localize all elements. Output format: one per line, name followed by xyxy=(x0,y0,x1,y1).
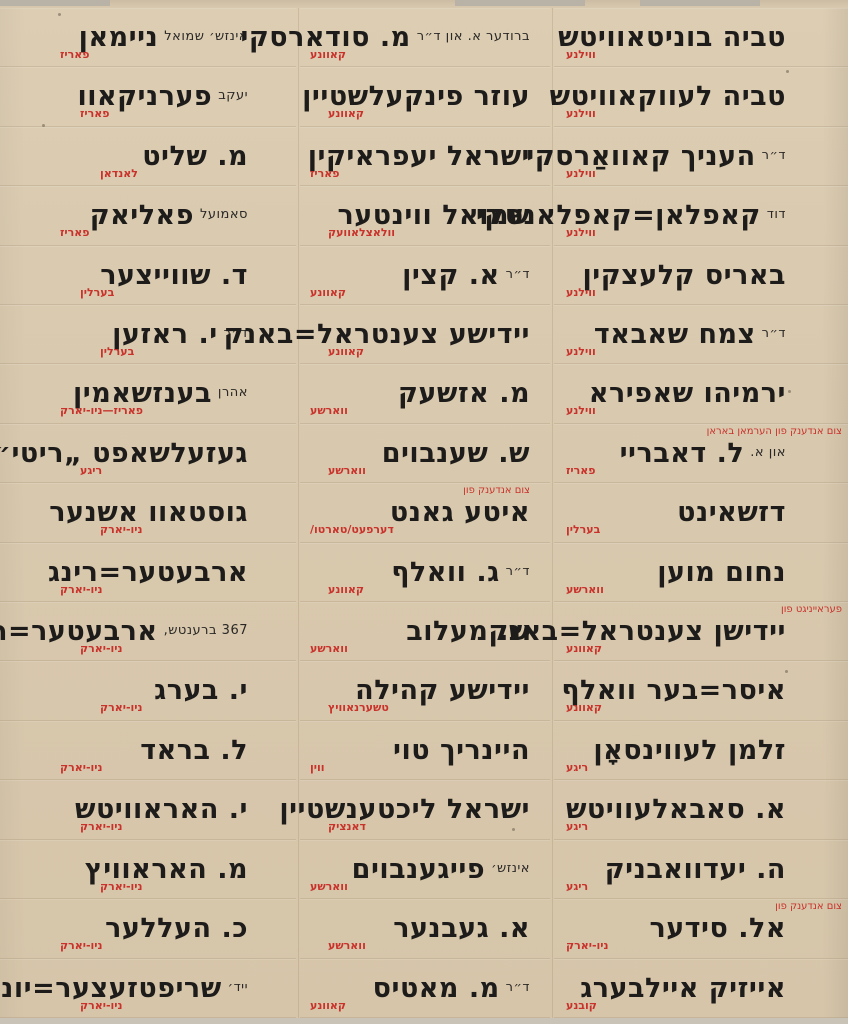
paper-speck xyxy=(788,390,791,393)
entry-city: קאוונע xyxy=(566,701,602,714)
entry-city: דאנציק xyxy=(328,820,366,833)
entry-name-text: פאליאק xyxy=(90,200,194,231)
document-sheet: אינזש׳ שמואלניימאןפאריזיעקבפערניקאוופארי… xyxy=(0,0,848,1024)
entry-name: יידישן צענטראל=באנק xyxy=(488,616,786,647)
entry-name: י. בערג xyxy=(154,675,248,706)
paper-speck xyxy=(785,670,788,673)
entry-name-text: אל. סידער xyxy=(649,913,786,944)
entry-name-text: ישראל ליכטענשטיין xyxy=(279,794,530,825)
list-entry: 367 ברענטש,ארבעטער=רינגניו-יארק xyxy=(0,602,296,661)
entry-memorial-note: פעראייניגט פון xyxy=(781,604,842,615)
entry-city: ניו-יארק xyxy=(60,939,103,952)
entry-city: וולאצלאוועק xyxy=(328,226,395,239)
paper-speck xyxy=(786,70,789,73)
entry-city: ניו-יארק xyxy=(60,583,103,596)
list-entry: אייזיק איילבערגקובנע xyxy=(554,959,848,1018)
entry-name-text: ה. יעדוואבניק xyxy=(605,854,786,885)
entry-city: קאוונע xyxy=(310,48,346,61)
list-entry: ד״רג. וואלףקאוונע xyxy=(300,543,550,602)
list-entry: נחום מועןווארשע xyxy=(554,543,848,602)
list-entry: אינזש׳פייגענבויםווארשע xyxy=(300,840,550,899)
entry-city: ווארשע xyxy=(310,404,348,417)
entry-name: ל. בראד xyxy=(140,735,248,766)
entry-prefix: און א. xyxy=(750,445,786,460)
entry-name: אייזיק איילבערג xyxy=(580,973,786,1004)
list-entry: כ. העללערניו-יארק xyxy=(0,899,296,958)
entry-city: פאריז xyxy=(310,167,340,180)
top-tab xyxy=(455,0,585,6)
entry-city: קאוונע xyxy=(310,286,346,299)
list-entry: אהרןבענזשאמיןפאריז—ניו-יארק xyxy=(0,364,296,423)
entry-name: 367 ברענטש,ארבעטער=רינג xyxy=(0,616,248,647)
entry-city: פאריז xyxy=(80,107,110,120)
list-entry: ד״רהעניך קאוואַרסקיווילנע xyxy=(554,127,848,186)
list-entry: זלמן לעווינסאָןריגע xyxy=(554,721,848,780)
entry-name: ירמיהו שאפירא xyxy=(589,378,786,409)
entry-name-text: ניימאן xyxy=(79,22,159,53)
list-entry: יידישן צענטראל=באנקקאוונעפעראייניגט פון xyxy=(554,602,848,661)
list-entry: דודקאפלאן=קאפלאנסקיווילנע xyxy=(554,186,848,245)
entry-prefix: ד״ר xyxy=(762,148,786,163)
entry-name-text: געזעלשאפט „ריטי״ xyxy=(0,438,248,469)
entry-city: ניו-יארק xyxy=(60,761,103,774)
entry-prefix: אינזש׳ xyxy=(491,861,530,876)
entry-name-text: ד. שווייצער xyxy=(100,260,248,291)
list-entry: טביה לעווקאוויטשווילנע xyxy=(554,67,848,126)
entry-city: ווילנע xyxy=(566,345,596,358)
entry-city: קאוונע xyxy=(328,583,364,596)
list-entry: ד״רמ. מאטיסקאוונע xyxy=(300,959,550,1018)
entry-name: ד״רא. קצין xyxy=(402,260,530,291)
list-entry: א. סאבאלעוויטשריגע xyxy=(554,780,848,839)
entry-city: ווילנע xyxy=(566,107,596,120)
entry-name-text: פייגענבוים xyxy=(352,854,485,885)
list-entry: מ. שליטלאנדאן xyxy=(0,127,296,186)
entry-name-text: מ. שליט xyxy=(142,141,248,172)
list-entry: היינריך טויווין xyxy=(300,721,550,780)
entry-name: סאמועלפאליאק xyxy=(90,200,248,231)
entry-name-text: א. געבנער xyxy=(393,913,530,944)
entry-prefix: ברודער א. און ד״ר xyxy=(417,29,530,44)
entry-name: באריס קלעצקין xyxy=(582,260,786,291)
list-entry: ארבעטער=רינגניו-יארק xyxy=(0,543,296,602)
entry-name: גוסטאוו אשנער xyxy=(49,497,248,528)
entry-name: א. געבנער xyxy=(393,913,530,944)
entry-name: יידישע צענטראל=באנק xyxy=(224,319,530,350)
entry-city: פאריז—ניו-יארק xyxy=(60,404,143,417)
entry-name: דודקאפלאן=קאפלאנסקי xyxy=(476,200,786,231)
list-entry: ה. יעדוואבניקריגע xyxy=(554,840,848,899)
entry-city: ווילנע xyxy=(566,167,596,180)
paper-speck xyxy=(58,13,61,16)
list-entry: איטע גאנטדערפעט/טארטו/צום אנדענק פון xyxy=(300,483,550,542)
entry-name: נחום מוען xyxy=(657,557,786,588)
list-entry: ש. שענבויםווארשע xyxy=(300,424,550,483)
entry-name-text: אייזיק איילבערג xyxy=(580,973,786,1004)
entry-name-text: ש. שענבוים xyxy=(382,438,530,469)
list-entry: טביה בוניטאוויטשווילנע xyxy=(554,8,848,67)
entry-name-text: ארבעטער=רינג xyxy=(0,616,158,647)
list-entry: מ. האראוויץניו-יארק xyxy=(0,840,296,899)
entry-prefix: ד״ר xyxy=(506,564,530,579)
list-entry: ירמיהו שאפיראווילנע xyxy=(554,364,848,423)
entry-city: קאוונע xyxy=(328,107,364,120)
entry-city: ריגע xyxy=(566,820,588,833)
entry-city: ניו-יארק xyxy=(100,523,143,536)
entry-city: ריגע xyxy=(566,880,588,893)
entry-name-text: צמח שאבאד xyxy=(594,319,756,350)
entry-name-text: מ. אזשעק xyxy=(398,378,530,409)
entry-city: ווילנע xyxy=(566,48,596,61)
entry-city: ניו-יארק xyxy=(100,701,143,714)
entry-name-text: זלמן לעווינסאָן xyxy=(593,735,786,766)
list-entry: ד״רא. קציןקאוונע xyxy=(300,246,550,305)
entry-city: ניו-יארק xyxy=(80,999,123,1012)
entry-city: בערלין xyxy=(80,286,114,299)
entry-city: ניו-יארק xyxy=(566,939,609,952)
list-entry: גוסטאוו אשנערניו-יארק xyxy=(0,483,296,542)
entry-name-text: כ. העללער xyxy=(105,913,248,944)
entry-memorial-note: צום אנדענק פון xyxy=(775,901,842,912)
entry-city: קובנע xyxy=(566,999,597,1012)
entry-city: ווארשע xyxy=(328,464,366,477)
entry-city: קאוונע xyxy=(328,345,364,358)
list-entry: עוזר פינקעלשטייןקאוונע xyxy=(300,67,550,126)
entry-name: ד. שווייצער xyxy=(100,260,248,291)
entry-name: געזעלשאפט „ריטי״ xyxy=(0,438,248,469)
list-entry: איסר=בער וואלףקאוונע xyxy=(554,661,848,720)
entry-city: ווארשע xyxy=(310,880,348,893)
entry-memorial-note: צום אנדענק פון הערמאן באראן xyxy=(707,426,842,437)
entry-name-text: יידישע צענטראל=באנק xyxy=(224,319,530,350)
entry-city: ריגע xyxy=(566,761,588,774)
entry-city: לאנדאן xyxy=(100,167,138,180)
entry-name: א. סאבאלעוויטש xyxy=(566,794,786,825)
entry-prefix: ד״ר xyxy=(506,980,530,995)
entry-prefix: ייד׳ xyxy=(228,980,248,995)
entry-name: ישראל ליכטענשטיין xyxy=(279,794,530,825)
entry-name-text: י. בערג xyxy=(154,675,248,706)
list-entry: און א.ל. דאברייפאריזצום אנדענק פון הערמא… xyxy=(554,424,848,483)
entry-prefix: סאמועל xyxy=(200,207,248,222)
entry-name: כ. העללער xyxy=(105,913,248,944)
entry-city: ניו-יארק xyxy=(100,880,143,893)
list-entry: ד. שווייצערבערלין xyxy=(0,246,296,305)
top-edge xyxy=(0,0,848,8)
entry-name-text: א. קצין xyxy=(402,260,500,291)
entry-name: ייד׳שריפטזעצער=יוניאן xyxy=(0,973,248,1004)
list-entry: מ. אזשעקווארשע xyxy=(300,364,550,423)
entry-name-text: מ. מאטיס xyxy=(373,973,500,1004)
entry-name: מ. שליט xyxy=(142,141,248,172)
entry-city: ווילנע xyxy=(566,286,596,299)
entry-name-text: גוסטאוו אשנער xyxy=(49,497,248,528)
entry-name: ה. יעדוואבניק xyxy=(605,854,786,885)
entry-name: ישראל יעפראיקין xyxy=(308,141,530,172)
entry-city: בערלין xyxy=(566,523,600,536)
list-entry: ל. בראדניו-יארק xyxy=(0,721,296,780)
entry-name: ד״רצמח שאבאד xyxy=(594,319,786,350)
list-entry: י. בערגניו-יארק xyxy=(0,661,296,720)
entry-prefix: ד״ר xyxy=(762,326,786,341)
entry-name: איטע גאנט xyxy=(390,497,530,528)
entry-prefix: אהרן xyxy=(218,385,248,400)
entry-name: היינריך טוי xyxy=(393,735,530,766)
entry-city: ניו-יארק xyxy=(80,642,123,655)
entry-name: דזשאינט xyxy=(677,497,786,528)
entry-city: ווארשע xyxy=(566,583,604,596)
paper-speck xyxy=(512,828,515,831)
list-entry: יידישע קהילהטשערנאוויץ xyxy=(300,661,550,720)
entry-prefix: יעקב xyxy=(218,88,248,103)
entry-city: ווילנע xyxy=(566,404,596,417)
entry-name-text: ג. וואלף xyxy=(391,557,499,588)
entry-city: ניו-יארק xyxy=(80,820,123,833)
entry-name: אינזש׳ שמואלניימאן xyxy=(79,22,248,53)
entry-name: ד״רמ. מאטיס xyxy=(373,973,530,1004)
entry-name-text: ל. דאבריי xyxy=(620,438,745,469)
entry-name: זלמן לעווינסאָן xyxy=(593,735,786,766)
top-tab xyxy=(0,0,110,6)
entry-memorial-note: צום אנדענק פון xyxy=(463,485,530,496)
list-entry: ברודער א. און ד״רמ. סודארסקיקאוונע xyxy=(300,8,550,67)
entry-name-text: יידישן צענטראל=באנק xyxy=(488,616,786,647)
list-entry: אל. סידערניו-יארקצום אנדענק פון xyxy=(554,899,848,958)
entry-name-text: באריס קלעצקין xyxy=(582,260,786,291)
entry-prefix: ד״ר xyxy=(506,267,530,282)
top-tab xyxy=(640,0,760,6)
entry-city: ווין xyxy=(310,761,325,774)
entry-city: טשערנאוויץ xyxy=(328,701,389,714)
entry-name-text: ירמיהו שאפירא xyxy=(589,378,786,409)
entry-name-text: דזשאינט xyxy=(677,497,786,528)
entry-city: פאריז xyxy=(60,226,90,239)
entry-name: ש. שענבוים xyxy=(382,438,530,469)
entry-city: בערלין xyxy=(100,345,134,358)
entry-name: און א.ל. דאבריי xyxy=(620,438,786,469)
list-entry: יעקבפערניקאוופאריז xyxy=(0,67,296,126)
list-entry: א. געבנערווארשע xyxy=(300,899,550,958)
entry-name-text: קאפלאן=קאפלאנסקי xyxy=(476,200,761,231)
entry-name-text: נחום מוען xyxy=(657,557,786,588)
column-left: אינזש׳ שמואלניימאןפאריזיעקבפערניקאוופארי… xyxy=(0,8,296,1018)
list-entry: יידישע צענטראל=באנקקאוונע xyxy=(300,305,550,364)
list-entry: געזעלשאפט „ריטי״ריגע xyxy=(0,424,296,483)
entry-name-text: היינריך טוי xyxy=(393,735,530,766)
entry-name: אל. סידער xyxy=(649,913,786,944)
entry-name: ברודער א. און ד״רמ. סודארסקי xyxy=(240,22,530,53)
list-entry: באריס קלעצקיןווילנע xyxy=(554,246,848,305)
entry-city: פאריז xyxy=(566,464,596,477)
entry-prefix: 367 ברענטש, xyxy=(164,623,248,638)
entry-city: דערפעט/טארטו/ xyxy=(310,523,394,536)
bottom-edge xyxy=(0,1018,848,1024)
entry-name-text: איטע גאנט xyxy=(390,497,530,528)
list-entry: סאמועלפאליאקפאריז xyxy=(0,186,296,245)
entry-prefix: דוד xyxy=(767,207,786,222)
list-entry: ישראל יעפראיקיןפאריז xyxy=(300,127,550,186)
entry-city: קאוונע xyxy=(566,642,602,655)
column-middle: ברודער א. און ד״רמ. סודארסקיקאוונעעוזר פ… xyxy=(300,8,550,1018)
paper-speck xyxy=(42,124,45,127)
entry-name-text: העניך קאוואַרסקי xyxy=(526,141,755,172)
entry-name-text: א. סאבאלעוויטש xyxy=(566,794,786,825)
entry-city: ווארשע xyxy=(328,939,366,952)
entry-city: ווארשע xyxy=(310,642,348,655)
entry-city: ריגע xyxy=(80,464,102,477)
list-entry: י. האראוויטשניו-יארק xyxy=(0,780,296,839)
entry-city: קאוונע xyxy=(310,999,346,1012)
entry-name-text: ישראל יעפראיקין xyxy=(308,141,530,172)
list-entry: דזשאינטבערלין xyxy=(554,483,848,542)
entry-city: ווילנע xyxy=(566,226,596,239)
column-right: טביה בוניטאוויטשווילנעטביה לעווקאוויטשוו… xyxy=(554,8,848,1018)
list-entry: ד״רצמח שאבאדווילנע xyxy=(554,305,848,364)
entry-name: מ. אזשעק xyxy=(398,378,530,409)
entry-name: ד״רג. וואלף xyxy=(391,557,530,588)
list-entry: ייד׳שריפטזעצער=יוניאןניו-יארק xyxy=(0,959,296,1018)
entry-prefix: אינזש׳ שמואל xyxy=(164,29,248,44)
entry-name: אינזש׳פייגענבוים xyxy=(352,854,530,885)
entry-name-text: ל. בראד xyxy=(140,735,248,766)
entry-city: פאריז xyxy=(60,48,90,61)
